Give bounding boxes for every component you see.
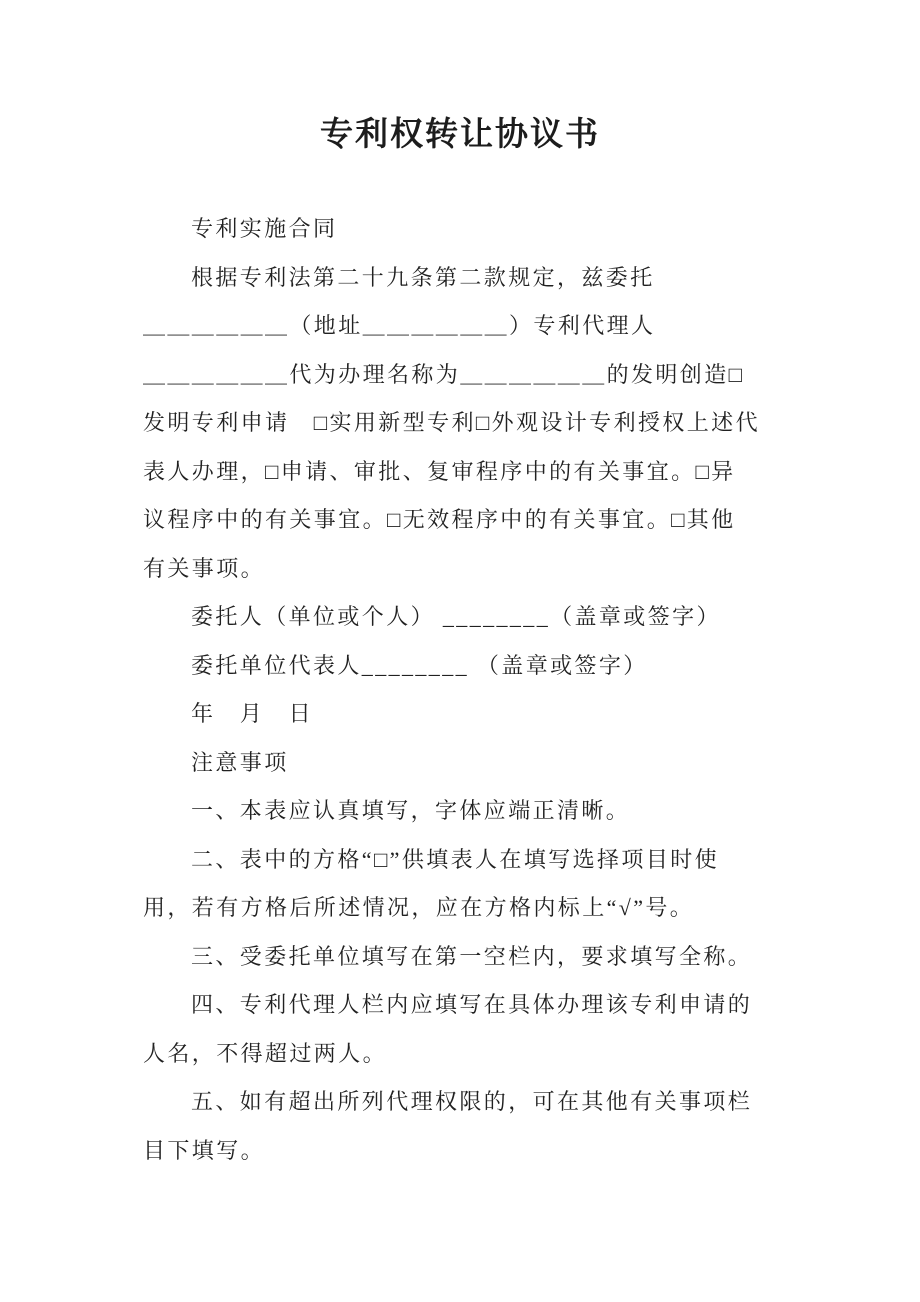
- document-line: 目下填写。: [143, 1127, 780, 1176]
- document-line: 发明专利申请 □实用新型专利□外观设计专利授权上述代: [143, 399, 780, 448]
- document-line: 有关事项。: [143, 545, 780, 594]
- document-line: 注意事项: [143, 739, 780, 788]
- document-line: 二、表中的方格“□”供填表人在填写选择项目时使: [143, 836, 780, 885]
- document-line: 表人办理，□申请、审批、复审程序中的有关事宜。□异: [143, 448, 780, 497]
- document-line: 一、本表应认真填写，字体应端正清晰。: [143, 787, 780, 836]
- document-line: 用，若有方格后所述情况，应在方格内标上“√”号。: [143, 884, 780, 933]
- document-line: 人名，不得超过两人。: [143, 1030, 780, 1079]
- document-line: 四、专利代理人栏内应填写在具体办理该专利申请的: [143, 981, 780, 1030]
- document-line: 年 月 日: [143, 690, 780, 739]
- document-line: 三、受委托单位填写在第一空栏内，要求填写全称。: [143, 933, 780, 982]
- document-body: 专利实施合同根据专利法第二十九条第二款规定，兹委托＿＿＿＿＿＿（地址＿＿＿＿＿＿…: [143, 205, 780, 1175]
- document-page: 专利权转让协议书 专利实施合同根据专利法第二十九条第二款规定，兹委托＿＿＿＿＿＿…: [0, 0, 920, 1302]
- document-line: 专利实施合同: [143, 205, 780, 254]
- document-title: 专利权转让协议书: [0, 0, 920, 160]
- document-line: 根据专利法第二十九条第二款规定，兹委托: [143, 254, 780, 303]
- document-line: 委托单位代表人________ （盖章或签字）: [143, 642, 780, 691]
- document-line: 议程序中的有关事宜。□无效程序中的有关事宜。□其他: [143, 496, 780, 545]
- document-line: 委托人（单位或个人） ________（盖章或签字）: [143, 593, 780, 642]
- document-line: ＿＿＿＿＿＿（地址＿＿＿＿＿＿）专利代理人: [143, 302, 780, 351]
- document-line: ＿＿＿＿＿＿代为办理名称为＿＿＿＿＿＿的发明创造□: [143, 351, 780, 400]
- document-line: 五、如有超出所列代理权限的，可在其他有关事项栏: [143, 1078, 780, 1127]
